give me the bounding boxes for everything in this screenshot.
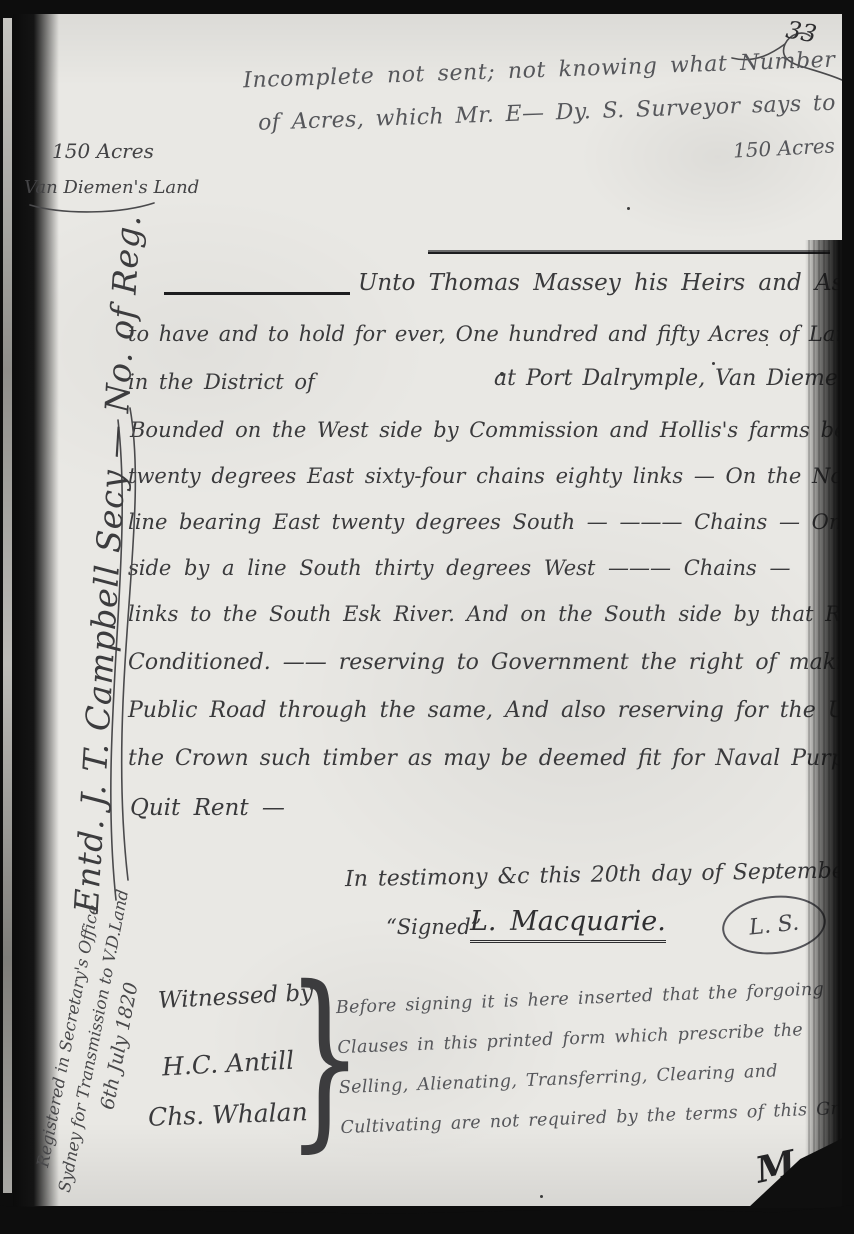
macquarie-signature-text: L. Macquarie. [470, 906, 666, 943]
document-scan: 33 Incomplete not sent; not knowing what… [0, 0, 854, 1234]
witness-name-whalan: Chs. Whalan [148, 1097, 309, 1132]
body-district-left: in the District of [128, 370, 315, 394]
blank-rule-grantee [164, 292, 350, 295]
ink-speck [627, 207, 630, 210]
ink-speck [712, 362, 715, 365]
page-number: 33 [784, 16, 819, 49]
body-bounds-3: line bearing East twenty degrees South —… [128, 510, 854, 534]
body-condition-2: Public Road through the same, And also r… [128, 698, 854, 723]
ink-speck [500, 372, 504, 376]
body-district-right: at Port Dalrymple, Van Diemen's Land [494, 366, 854, 391]
body-condition-3: the Crown such timber as may be deemed f… [128, 746, 854, 771]
body-bounds-2: twenty degrees East sixty-four chains ei… [128, 464, 854, 488]
seal-text: L. S. [748, 910, 800, 940]
body-condition-1: Conditioned. —— reserving to Government … [128, 650, 854, 675]
scan-border-right [842, 0, 854, 1234]
body-bounds-4: side by a line South thirty degrees West… [128, 556, 791, 580]
ink-speck [766, 344, 768, 346]
signed-label: “Signed” [386, 915, 481, 939]
blank-rule-top [428, 250, 830, 254]
inserted-note: Before signing it is here inserted that … [335, 968, 854, 1148]
adjacent-page-edge [3, 18, 12, 1193]
body-bounds-5: links to the South Esk River. And on the… [128, 602, 854, 626]
ink-speck [540, 1195, 543, 1198]
margin-territory: Van Diemen's Land [24, 177, 199, 198]
body-bounds-1: Bounded on the West side by Commission a… [130, 418, 854, 442]
body-tenure-line: to have and to hold for ever, One hundre… [128, 322, 854, 346]
margin-acres: 150 Acres [52, 139, 154, 163]
territory-underline-flourish [28, 200, 160, 216]
scan-border-top [0, 0, 854, 14]
book-spine-shadow [805, 240, 843, 1175]
macquarie-signature: L. Macquarie. [470, 906, 666, 937]
ink-speck [420, 660, 422, 662]
body-grantee-line: Unto Thomas Massey his Heirs and Assigns [358, 270, 854, 296]
